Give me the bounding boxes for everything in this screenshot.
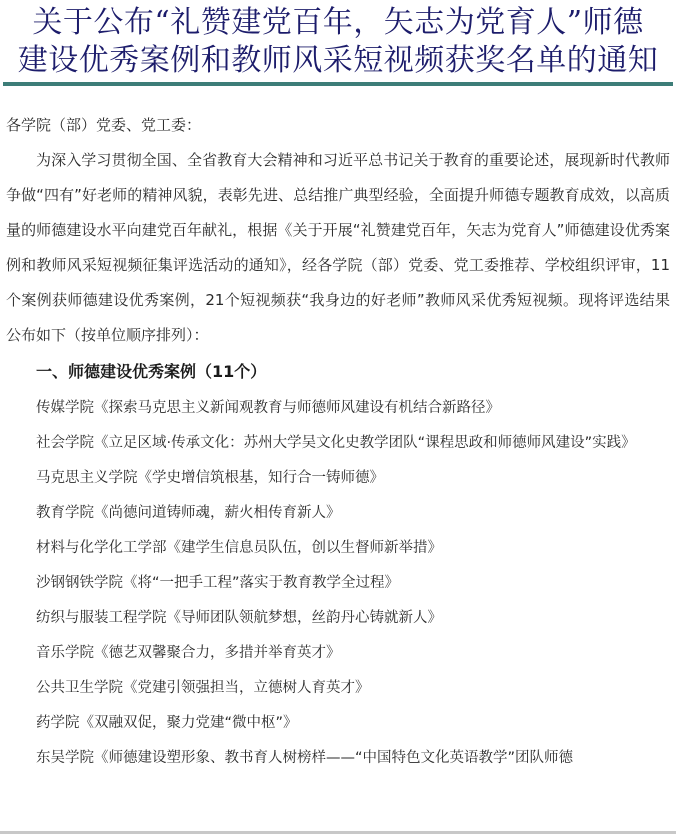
list-item: 马克思主义学院《学史增信筑根基，知行合一铸师德》 bbox=[6, 461, 670, 496]
list-item: 纺织与服装工程学院《导师团队领航梦想，丝韵丹心铸就新人》 bbox=[6, 601, 670, 636]
list-item: 教育学院《尚德问道铸师魂，薪火相传育新人》 bbox=[6, 496, 670, 531]
list-item: 沙钢钢铁学院《将“一把手工程”落实于教育教学全过程》 bbox=[6, 566, 670, 601]
list-item: 药学院《双融双促，聚力党建“微中枢”》 bbox=[6, 706, 670, 741]
list-item: 传媒学院《探索马克思主义新闻观教育与师德师风建设有机结合新路径》 bbox=[6, 391, 670, 426]
salutation: 各学院（部）党委、党工委： bbox=[6, 108, 670, 143]
section-heading: 一、师德建设优秀案例（11个） bbox=[6, 353, 670, 391]
list-item: 公共卫生学院《党建引领强担当，立德树人育英才》 bbox=[6, 671, 670, 706]
document-title: 关于公布“礼赞建党百年，矢志为党育人”师德 建设优秀案例和教师风采短视频获奖名单… bbox=[0, 4, 676, 80]
list-item: 音乐学院《德艺双馨聚合力，多措并举育英才》 bbox=[6, 636, 670, 671]
intro-paragraph: 为深入学习贯彻全国、全省教育大会精神和习近平总书记关于教育的重要论述，展现新时代… bbox=[6, 143, 670, 353]
list-item: 社会学院《立足区域·传承文化：苏州大学吴文化史教学团队“课程思政和师德师风建设”… bbox=[6, 426, 670, 461]
list-item: 东吴学院《师德建设塑形象、教书育人树榜样——“中国特色文化英语教学”团队师德 bbox=[6, 741, 670, 776]
list-item: 材料与化学化工学部《建学生信息员队伍，创以生督师新举措》 bbox=[6, 531, 670, 566]
title-divider bbox=[3, 82, 673, 86]
document-body: 各学院（部）党委、党工委： 为深入学习贯彻全国、全省教育大会精神和习近平总书记关… bbox=[6, 108, 670, 776]
title-line-2: 建设优秀案例和教师风采短视频获奖名单的通知 bbox=[0, 42, 676, 80]
title-line-1: 关于公布“礼赞建党百年，矢志为党育人”师德 bbox=[0, 4, 676, 42]
